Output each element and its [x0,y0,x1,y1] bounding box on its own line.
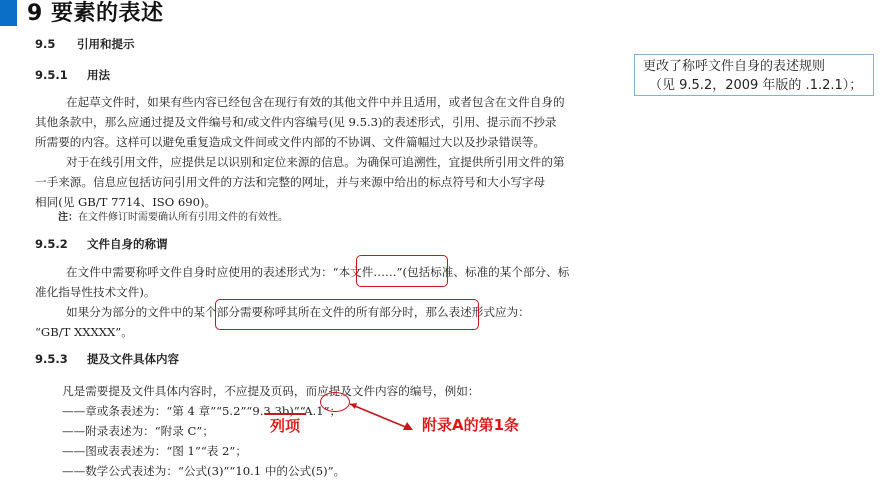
label-annex-a-clause-1: 附录A的第1条 [422,414,519,435]
